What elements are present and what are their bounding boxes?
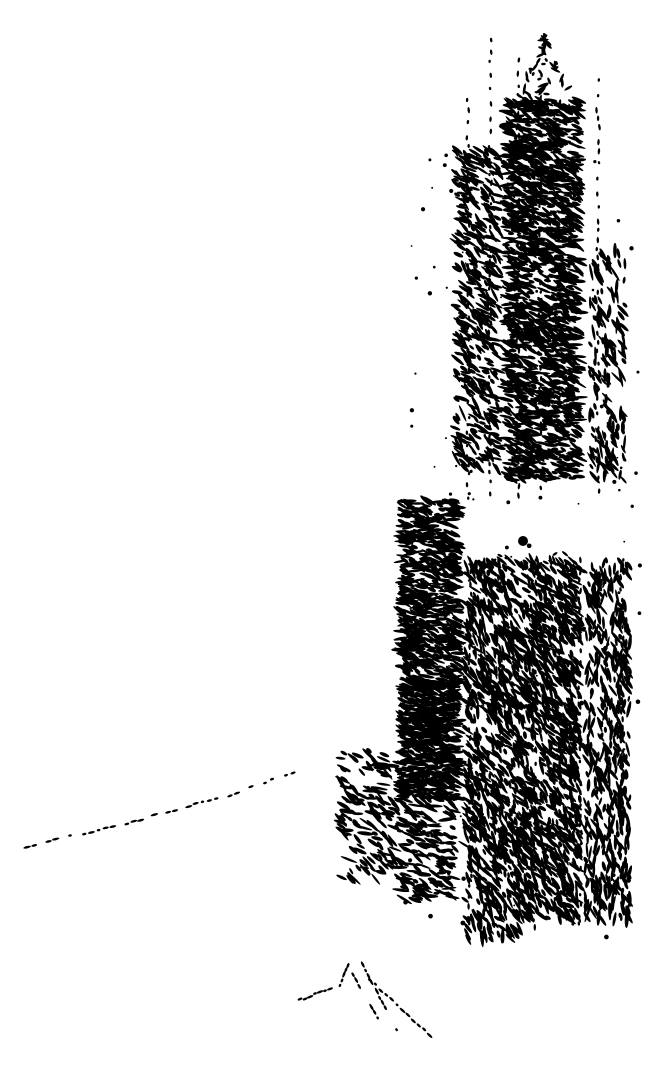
ink-strokes bbox=[23, 32, 642, 1038]
ink-drawing-gothic-tower bbox=[0, 0, 650, 1075]
